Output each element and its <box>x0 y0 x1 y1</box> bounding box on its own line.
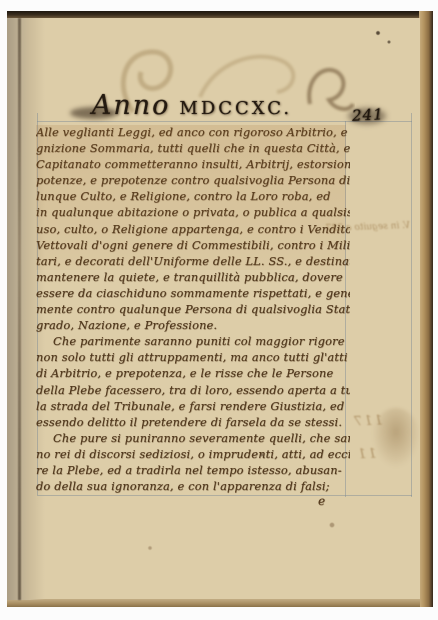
manuscript-line: non solo tutti gli attruppamenti, ma anc… <box>36 350 350 366</box>
manuscript-line: gnizione Sommaria, tutti quelli che in q… <box>36 141 350 157</box>
header-anno-script: Anno <box>92 90 171 121</box>
manuscript-line: Che parimente saranno puniti col maggior… <box>36 334 350 350</box>
manuscript-line: essere da ciaschiduno sommamente rispett… <box>36 286 350 302</box>
manuscript-line: mente contro qualunque Persona di qualsi… <box>36 302 350 318</box>
manuscript-line: Che pure si puniranno severamente quelli… <box>36 431 350 447</box>
manuscript-line: Vettovali d'ogni genere di Commestibili,… <box>36 238 350 254</box>
header-year-roman: MDCCXC. <box>179 98 292 119</box>
scanned-manuscript-page: AnnoMDCCXC. 241 Alle veglianti Leggi, ed… <box>0 0 438 620</box>
manuscript-line: Alle veglianti Leggi, ed anco con rigoro… <box>36 125 350 141</box>
manuscript-line: grado, Nazione, e Professione. <box>36 318 350 334</box>
catchword: e <box>318 494 325 508</box>
manuscript-line: in qualunque abitazione o privata, o pub… <box>36 205 350 221</box>
manuscript-line: essendo delitto il pretendere di farsela… <box>36 415 350 431</box>
manuscript-line: do della sua ignoranza, e con l'apparenz… <box>36 479 350 495</box>
manuscript-line: re la Plebe, ed a tradirla nel tempo ist… <box>36 463 350 479</box>
manuscript-line: tari, e decorati dell'Uniforme delle LL.… <box>36 254 350 270</box>
bleedthrough-note-11: 11 <box>356 447 377 463</box>
manuscript-line: Capitanato commetteranno insulti, Arbitr… <box>36 157 350 173</box>
page-header: AnnoMDCCXC. <box>37 90 347 121</box>
manuscript-line: di Arbitrio, e prepotenza, e le risse ch… <box>36 366 350 382</box>
manuscript-line: lunque Culto, e Religione, contro la Lor… <box>36 189 350 205</box>
binding-crease <box>18 18 21 600</box>
page-edge-stack <box>419 11 433 607</box>
manuscript-line: potenze, e prepotenze contro qualsivogli… <box>36 173 350 189</box>
page-number: 241 <box>352 105 385 125</box>
bleedthrough-note-117: 117 <box>352 413 383 429</box>
manuscript-line: mantenere la quiete, e tranquillità pubb… <box>36 270 350 286</box>
bleedthrough-note-sequence: V. in seguito a 237 <box>352 221 410 234</box>
manuscript-line: la strada del Tribunale, e farsi rendere… <box>36 399 350 415</box>
manuscript-text-block: Alle veglianti Leggi, ed anco con rigoro… <box>36 125 350 495</box>
manuscript-line: no rei di discorsi sediziosi, o impruden… <box>36 447 350 463</box>
manuscript-line: uso, culto, o Religione appartenga, e co… <box>36 222 350 238</box>
book-top-edge <box>7 11 433 18</box>
page-bottom-edge <box>7 599 420 607</box>
manuscript-line: della Plebe facessero, tra di loro, esse… <box>36 383 350 399</box>
